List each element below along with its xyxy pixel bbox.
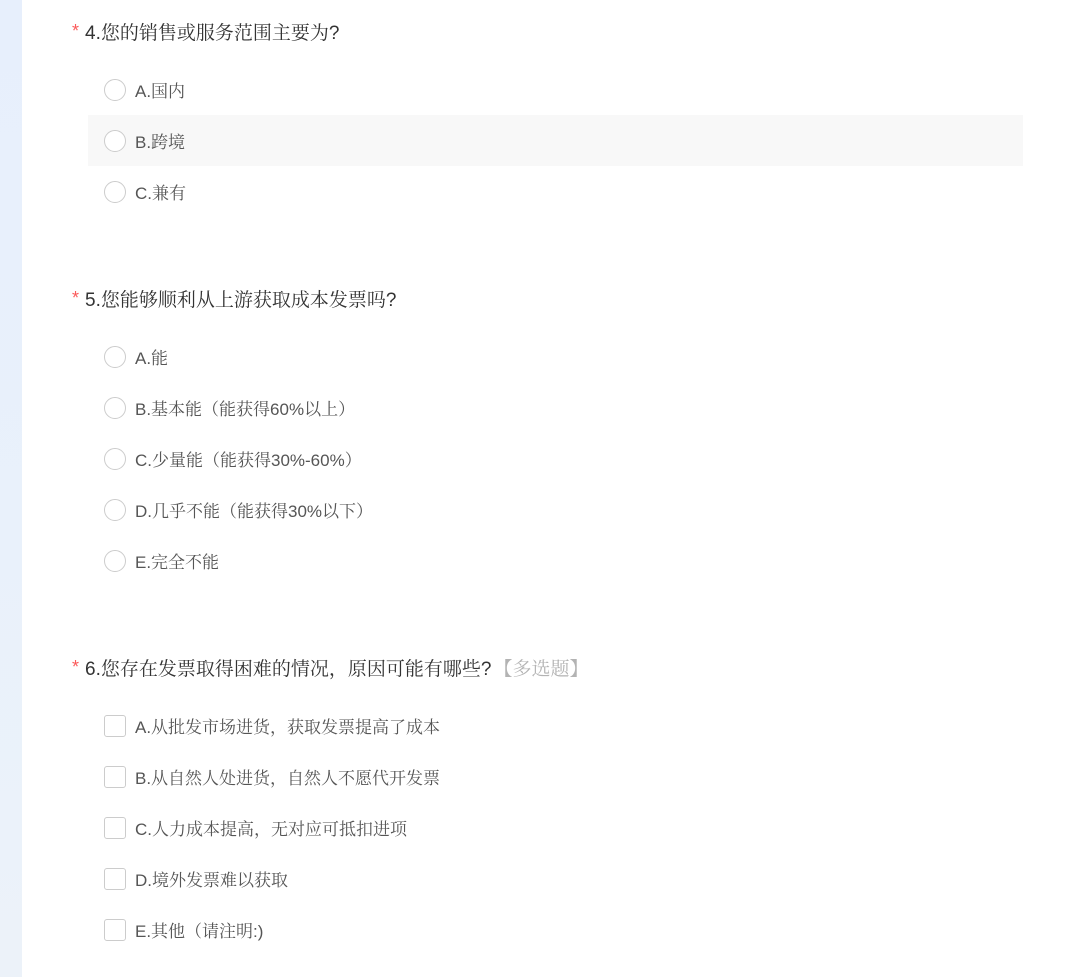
option-label: E.其他（请注明:) xyxy=(135,917,263,942)
radio-option-row[interactable]: C.兼有 xyxy=(88,166,1023,217)
question-title: 6.您存在发票取得困难的情况，原因可能有哪些? xyxy=(85,659,491,680)
radio-button[interactable] xyxy=(104,550,126,572)
radio-button[interactable] xyxy=(104,130,126,152)
radio-option-row[interactable]: E.完全不能 xyxy=(88,535,1023,586)
radio-option-row[interactable]: B.基本能（能获得60%以上） xyxy=(88,382,1023,433)
option-label: C.兼有 xyxy=(135,179,186,204)
radio-button[interactable] xyxy=(104,397,126,419)
question-title-row: *5.您能够顺利从上游获取成本发票吗? xyxy=(72,287,1080,314)
radio-button[interactable] xyxy=(104,499,126,521)
option-label: D.几乎不能（能获得30%以下） xyxy=(135,497,373,522)
radio-option-row[interactable]: A.国内 xyxy=(88,64,1023,115)
checkbox[interactable] xyxy=(104,766,126,788)
survey-question-list: *4.您的销售或服务范围主要为? A.国内 B.跨境 C.兼有 *5.您能够顺利… xyxy=(0,0,1080,955)
option-label: B.基本能（能获得60%以上） xyxy=(135,395,355,420)
radio-button[interactable] xyxy=(104,79,126,101)
radio-button[interactable] xyxy=(104,448,126,470)
option-label: A.从批发市场进货，获取发票提高了成本 xyxy=(135,713,440,738)
checkbox-option-row[interactable]: D.境外发票难以获取 xyxy=(88,853,1023,904)
multi-select-tag: 【多选题】 xyxy=(493,659,588,680)
question-title-row: *6.您存在发票取得困难的情况，原因可能有哪些?【多选题】 xyxy=(72,656,1080,683)
question-title: 5.您能够顺利从上游获取成本发票吗? xyxy=(85,290,396,311)
radio-option-row[interactable]: C.少量能（能获得30%-60%） xyxy=(88,433,1023,484)
option-label: C.少量能（能获得30%-60%） xyxy=(135,446,362,471)
checkbox[interactable] xyxy=(104,715,126,737)
option-label: C.人力成本提高，无对应可抵扣进项 xyxy=(135,815,407,840)
option-label: E.完全不能 xyxy=(135,548,219,573)
question-block-6: *6.您存在发票取得困难的情况，原因可能有哪些?【多选题】 A.从批发市场进货，… xyxy=(72,656,1080,955)
radio-button[interactable] xyxy=(104,346,126,368)
radio-option-row[interactable]: B.跨境 xyxy=(88,115,1023,166)
checkbox-option-row[interactable]: A.从批发市场进货，获取发票提高了成本 xyxy=(88,700,1023,751)
checkbox[interactable] xyxy=(104,868,126,890)
question-options: A.国内 B.跨境 C.兼有 xyxy=(88,64,1023,217)
option-label: B.从自然人处进货，自然人不愿代开发票 xyxy=(135,764,440,789)
question-options: A.从批发市场进货，获取发票提高了成本 B.从自然人处进货，自然人不愿代开发票 … xyxy=(88,700,1023,955)
radio-option-row[interactable]: A.能 xyxy=(88,331,1023,382)
required-asterisk: * xyxy=(72,288,79,308)
question-title-row: *4.您的销售或服务范围主要为? xyxy=(72,20,1080,47)
question-options: A.能 B.基本能（能获得60%以上） C.少量能（能获得30%-60%） D.… xyxy=(88,331,1023,586)
checkbox[interactable] xyxy=(104,919,126,941)
question-block-5: *5.您能够顺利从上游获取成本发票吗? A.能 B.基本能（能获得60%以上） … xyxy=(72,287,1080,586)
checkbox[interactable] xyxy=(104,817,126,839)
checkbox-option-row[interactable]: C.人力成本提高，无对应可抵扣进项 xyxy=(88,802,1023,853)
option-label: D.境外发票难以获取 xyxy=(135,866,288,891)
option-label: A.国内 xyxy=(135,77,185,102)
question-title: 4.您的销售或服务范围主要为? xyxy=(85,23,339,44)
option-label: B.跨境 xyxy=(135,128,185,153)
checkbox-option-row[interactable]: E.其他（请注明:) xyxy=(88,904,1023,955)
checkbox-option-row[interactable]: B.从自然人处进货，自然人不愿代开发票 xyxy=(88,751,1023,802)
required-asterisk: * xyxy=(72,21,79,41)
radio-option-row[interactable]: D.几乎不能（能获得30%以下） xyxy=(88,484,1023,535)
required-asterisk: * xyxy=(72,657,79,677)
question-block-4: *4.您的销售或服务范围主要为? A.国内 B.跨境 C.兼有 xyxy=(72,20,1080,217)
option-label: A.能 xyxy=(135,344,168,369)
radio-button[interactable] xyxy=(104,181,126,203)
